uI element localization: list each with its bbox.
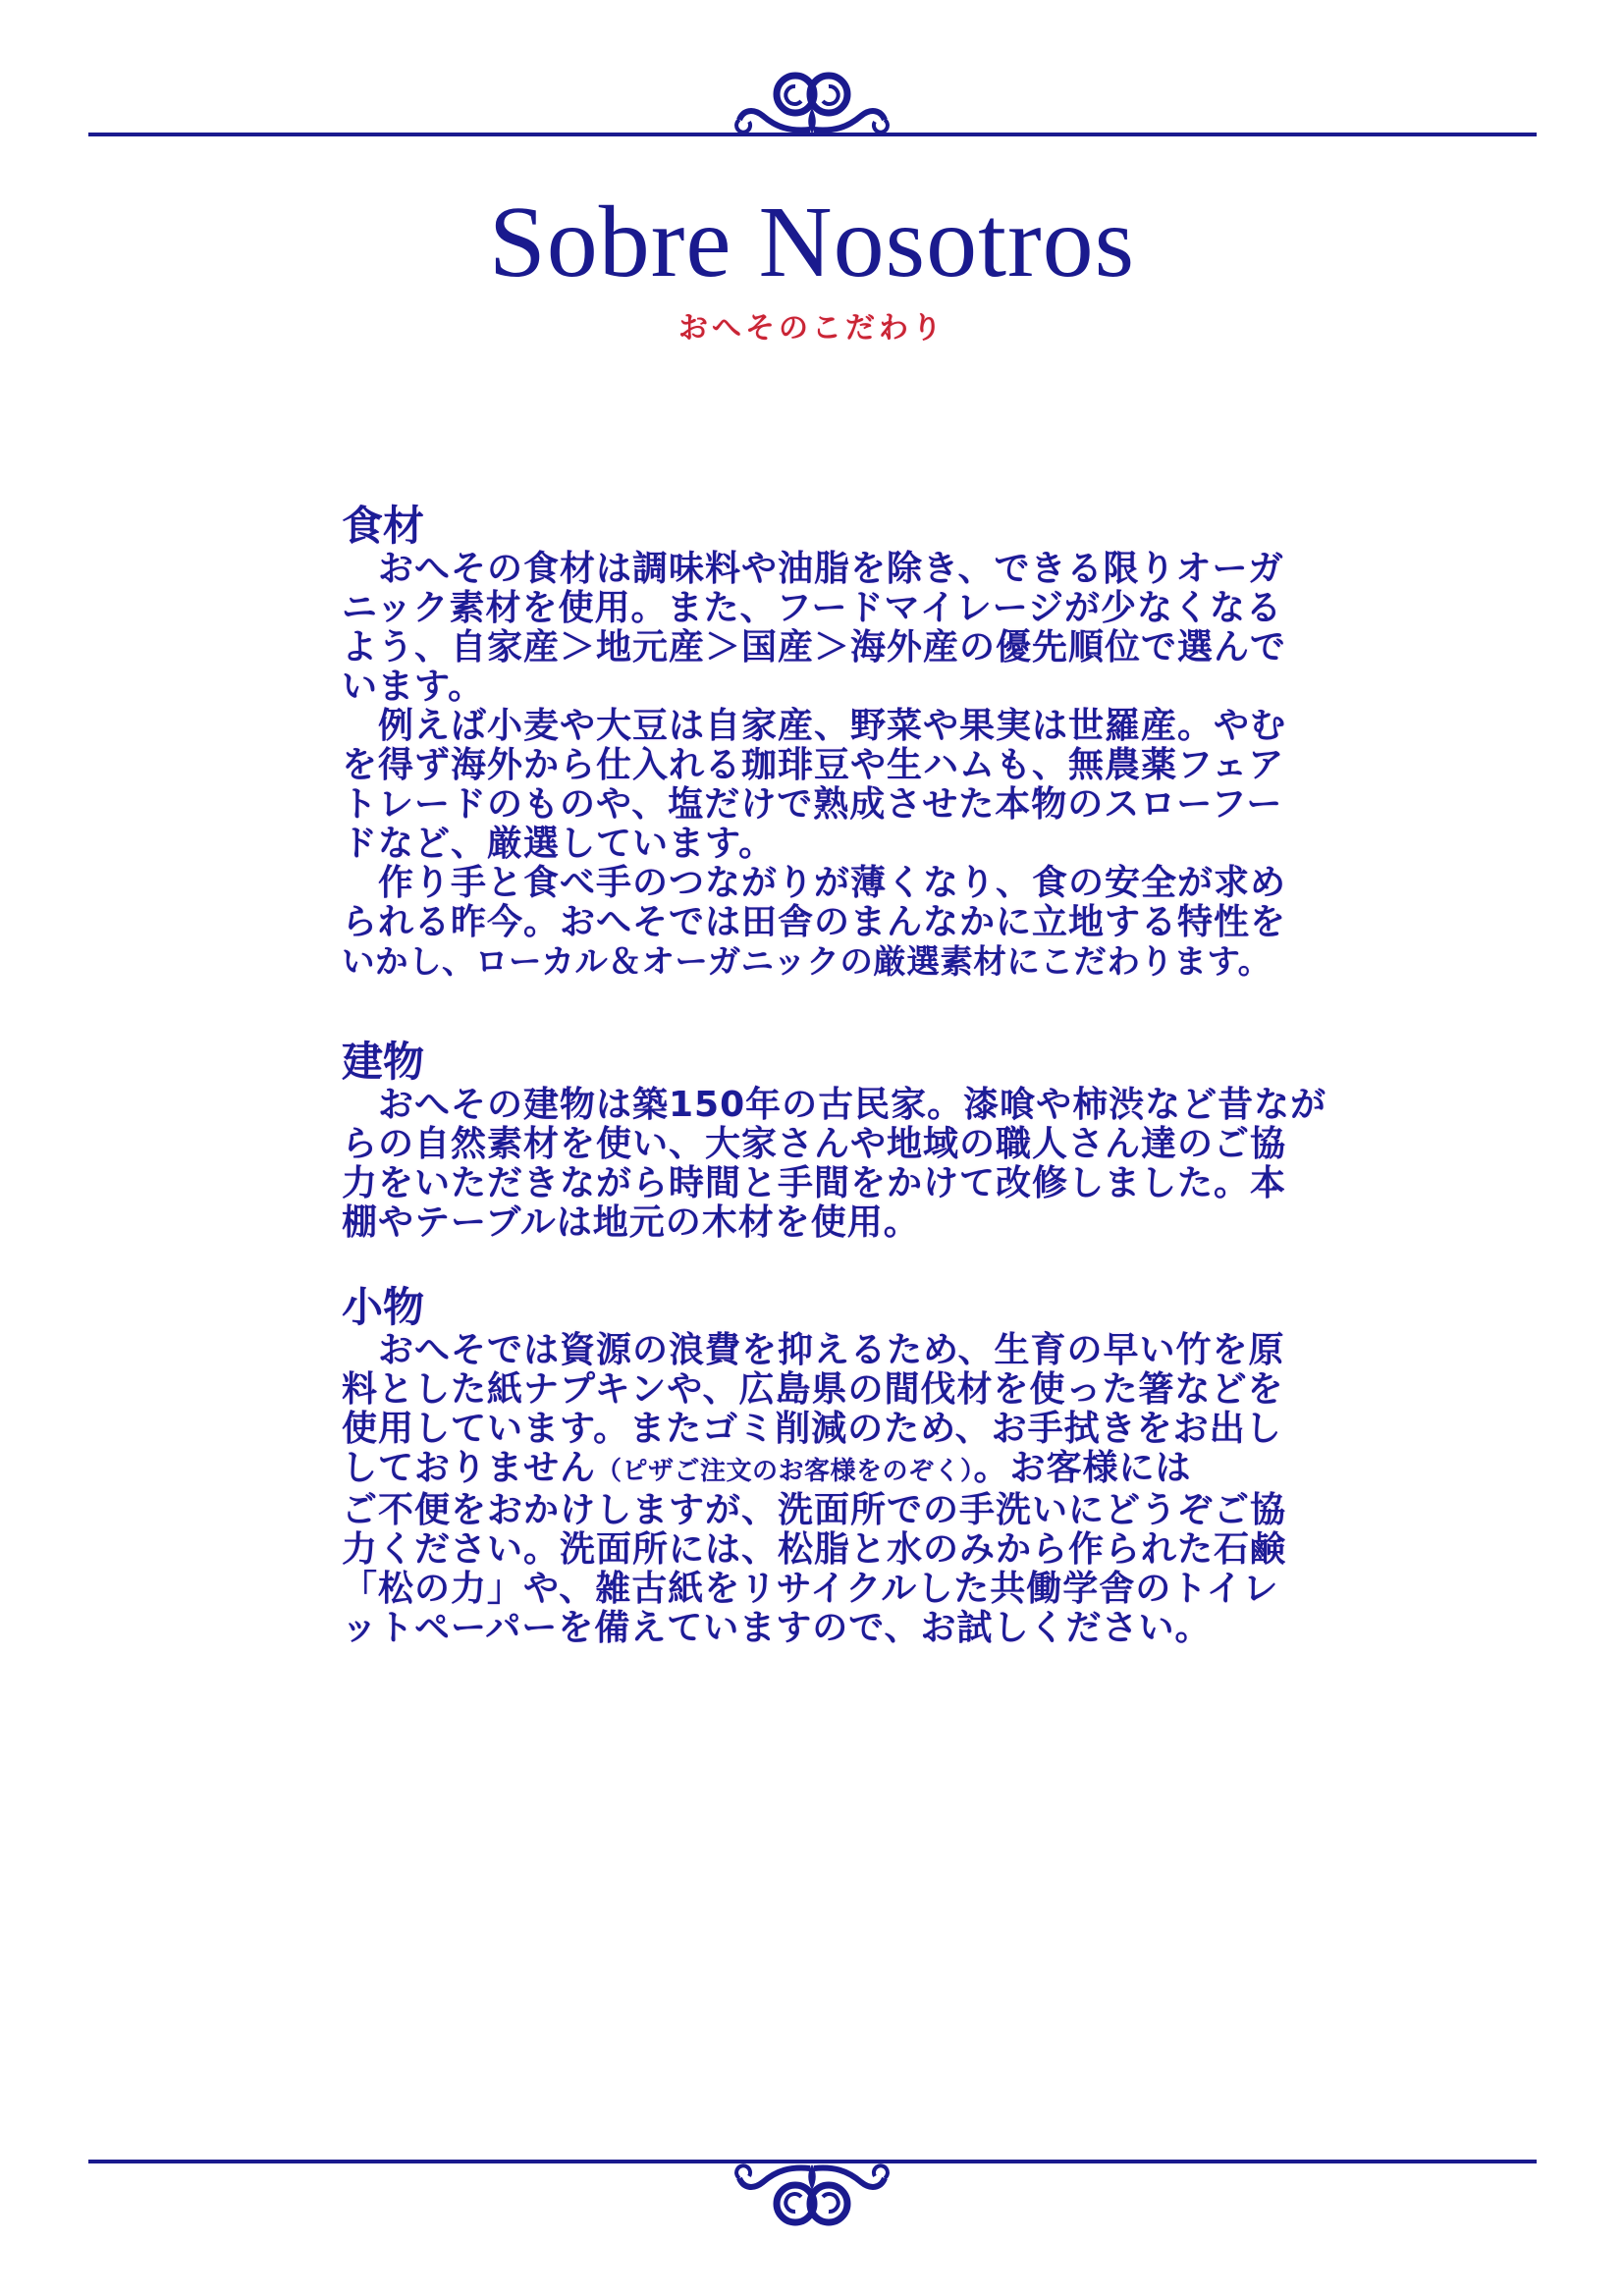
text-line: しておりません（ピザご注文のお客様をのぞく）。お客様には bbox=[342, 1449, 1314, 1491]
top-divider-line bbox=[88, 133, 1537, 136]
text-line: 使用しています。またゴミ削減のため、お手拭きをお出し bbox=[342, 1410, 1314, 1449]
text-segment: しておりません bbox=[342, 1448, 596, 1488]
text-segment: 。お客様には bbox=[974, 1448, 1192, 1488]
text-line: 力ください。洗面所には、松脂と水のみから作られた石鹸 bbox=[342, 1530, 1314, 1570]
section-heading: 建物 bbox=[342, 1039, 1314, 1086]
text-segment-small: （ピザご注文のお客様をのぞく） bbox=[596, 1457, 974, 1486]
section-heading: 小物 bbox=[342, 1284, 1314, 1331]
text-line: を得ず海外から仕入れる珈琲豆や生ハムも、無農薬フェア bbox=[342, 746, 1314, 785]
text-line: いかし、ローカル＆オーガニックの厳選素材にこだわります。 bbox=[342, 942, 1314, 982]
text-line: られる昨今。おへそでは田舎のまんなかに立地する特性を bbox=[342, 903, 1314, 942]
section-3: 小物 おへそでは資源の浪費を抑えるため、生育の早い竹を原料とした紙ナプキンや、広… bbox=[342, 1284, 1314, 1648]
text-line: 「松の力」や、雑古紙をリサイクルした共働学舎のトイレ bbox=[342, 1570, 1314, 1609]
text-line: 棚やテーブルは地元の木材を使用。 bbox=[342, 1203, 1314, 1243]
text-line: おへその食材は調味料や油脂を除き、できる限りオーガ bbox=[342, 550, 1314, 589]
text-line: おへそでは資源の浪費を抑えるため、生育の早い竹を原 bbox=[342, 1331, 1314, 1370]
text-line: ットペーパーを備えていますので、お試しください。 bbox=[342, 1609, 1314, 1648]
text-line: 作り手と食べ手のつながりが薄くなり、食の安全が求め bbox=[342, 864, 1314, 903]
section-2: 建物 おへその建物は築150年の古民家。漆喰や柿渋など昔ながらの自然素材を使い、… bbox=[342, 1039, 1314, 1243]
flourish-ornament-top bbox=[733, 57, 891, 135]
text-line: 力をいただきながら時間と手間をかけて改修しました。本 bbox=[342, 1164, 1314, 1203]
text-line: トレードのものや、塩だけで熟成させた本物のスローフー bbox=[342, 785, 1314, 825]
text-line: おへその建物は築150年の古民家。漆喰や柿渋など昔なが bbox=[342, 1086, 1314, 1125]
text-line: 料とした紙ナプキンや、広島県の間伐材を使った箸などを bbox=[342, 1370, 1314, 1410]
text-line: よう、自家産＞地元産＞国産＞海外産の優先順位で選んで bbox=[342, 628, 1314, 667]
text-line: ニック素材を使用。また、フードマイレージが少なくなる bbox=[342, 589, 1314, 628]
text-line: らの自然素材を使い、大家さんや地域の職人さん達のご協 bbox=[342, 1125, 1314, 1164]
page-subtitle: おへそのこだわり bbox=[0, 303, 1624, 347]
flourish-scroll-icon bbox=[733, 57, 891, 135]
text-line: 例えば小麦や大豆は自家産、野菜や果実は世羅産。やむ bbox=[342, 707, 1314, 746]
page-title: Sobre Nosotros bbox=[0, 188, 1624, 295]
flourish-scroll-icon bbox=[733, 2163, 891, 2241]
document-page: Sobre Nosotros おへそのこだわり 食材 おへその食材は調味料や油脂… bbox=[0, 0, 1624, 2296]
text-line: ご不便をおかけしますが、洗面所での手洗いにどうぞご協 bbox=[342, 1491, 1314, 1530]
flourish-ornament-bottom bbox=[733, 2163, 891, 2241]
section-heading: 食材 bbox=[342, 503, 1314, 550]
section-1: 食材 おへその食材は調味料や油脂を除き、できる限りオーガニック素材を使用。また、… bbox=[342, 503, 1314, 982]
content: 食材 おへその食材は調味料や油脂を除き、できる限りオーガニック素材を使用。また、… bbox=[342, 503, 1314, 1648]
text-line: ドなど、厳選しています。 bbox=[342, 825, 1314, 864]
text-line: います。 bbox=[342, 667, 1314, 707]
